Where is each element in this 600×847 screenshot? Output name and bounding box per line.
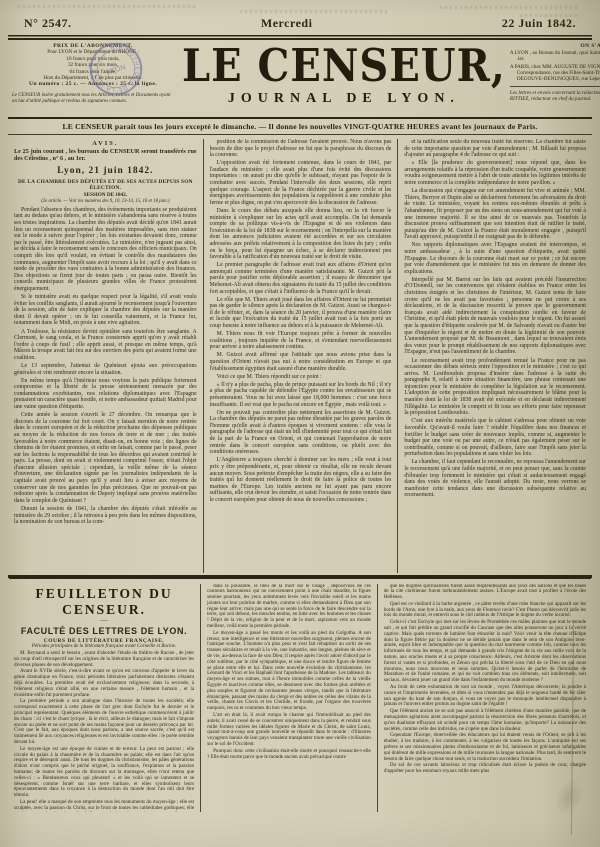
main-column-1: AVIS. Le 25 juin courant , les bureaux d… (8, 139, 203, 573)
correspondence-note: Les lettres et envois concernant la réda… (510, 86, 600, 102)
paragraph: et la ratification seule du nouveau trai… (404, 139, 586, 159)
paragraph: On ne pouvait pas contredire plus nettem… (210, 410, 392, 456)
avis-title: AVIS. (14, 140, 197, 147)
paragraph: La discussion qui s'engagea sur cet amen… (404, 188, 586, 241)
paragraph: Au bruit de cette exhumation de tout un … (384, 685, 586, 708)
feuilleton-header: FEUILLETON DU CENSEUR. (14, 586, 194, 618)
paragraph: dans la poussière, le bleu de la mort su… (207, 584, 371, 630)
newspaper-title: LE CENSEUR, (182, 43, 506, 90)
paragraph: Nos rapports diplomatiques avec l'Espagn… (404, 242, 586, 275)
feuilleton-divider: — (14, 618, 194, 623)
subscribe-item: A PARIS, chez MM. AUGUSTE DE VIGNY et Ci… (510, 64, 600, 83)
feuilleton-section: FEUILLETON DU CENSEUR. — FACULTÉ DES LET… (0, 579, 600, 812)
paragraph: Pendant l'absence des chambres, des évén… (14, 207, 197, 293)
feuilleton-title: FACULTÉ DES LETTRES DE LYON. (14, 626, 194, 636)
paragraph: Que l'élément ancien ne se soit pas asso… (384, 709, 586, 732)
paragraph: L'Angleterre a toujours cherché à domine… (210, 457, 392, 503)
paragraph: Quel est ce vieillard à la barbe argenté… (384, 602, 586, 619)
newspaper-subtitle: JOURNAL DE LYON. (182, 91, 506, 107)
feuilleton-column-1: FEUILLETON DU CENSEUR. — FACULTÉ DES LET… (8, 584, 200, 812)
bleed-through-print (18, 5, 198, 8)
paragraph: Durant la session de 1841, la chambre de… (14, 506, 197, 526)
article-body: et la ratification seule du nouveau trai… (404, 139, 586, 499)
paragraph: En même temps qu'à l'intérieur nous voyi… (14, 378, 197, 411)
paragraph: « Il n'y a plus de pacha, plus de prince… (210, 382, 392, 408)
paragraph: Le 13 septembre, l'attentat de Quénisset… (14, 363, 197, 376)
feuilleton-rule (8, 575, 592, 578)
title-block: LE CENSEUR, JOURNAL DE LYON. (182, 43, 506, 115)
paragraph: que les dogmes spiritualistes furent ass… (384, 584, 586, 601)
paragraph: A Toulouse, la résistance devint opiniât… (14, 329, 197, 362)
paragraph: Le premier paragraphe de l'adresse avait… (210, 262, 392, 295)
paragraph: Celui-ci c'est Eschyle qui met sur les l… (384, 620, 586, 684)
feuilleton-column-3: que les dogmes spiritualistes furent ass… (377, 584, 592, 812)
subscribe-title: ON S'ABONNE : (510, 43, 600, 49)
weekday: Mercredi (261, 16, 313, 31)
issue-number: N° 2547. (24, 16, 71, 31)
paragraph: Voici ce que M. Thiers répondit sur ce p… (210, 374, 392, 381)
dateline: Lyon, 21 juin 1842. (14, 166, 197, 176)
main-column-3: et la ratification seule du nouveau trai… (397, 139, 592, 573)
paragraph: Interpellé par M. Barrot sur les faits q… (404, 277, 586, 356)
price-box: PRIX DE L'ABONNEMENT. Pour LYON et le Dé… (8, 43, 178, 115)
paragraph: Cette année la session s'ouvrit le 27 dé… (14, 412, 197, 504)
paragraph: C'est aux intérêts matériels que le cabi… (404, 418, 586, 458)
feuilleton-body: M. Reynaud a senti le besoin , avant d'a… (14, 651, 194, 812)
price-single-line: Un numéro : 25 c. — Annonces : 25 c. la … (8, 81, 178, 87)
paragraph: L'opposition avait été fortement contenu… (210, 160, 392, 206)
issue-date: 22 Juin 1842. (502, 16, 576, 31)
paragraph: Le rôle que M. Thiers avait joué dans le… (210, 297, 392, 330)
article-body: position de la commission de l'adresse l… (210, 139, 392, 503)
paragraph: Le moyen-âge est une époque de crainte e… (14, 747, 194, 799)
paragraph: Le recensement avait trop profondément r… (404, 358, 586, 417)
paragraph: La chambre, il faut cependant le reconna… (404, 459, 586, 499)
bleed-through-print (440, 6, 580, 9)
paragraph: Pourquoi donc cette civilisation était-e… (207, 749, 371, 761)
paragraph: Cependant l'Europe, émerveillée des éduc… (384, 733, 586, 762)
paragraph: position de la commission de l'adresse l… (210, 139, 392, 159)
paragraph: La peur! elle a marqué de son empreinte … (14, 800, 194, 812)
paragraph: M. Guizot avait affirmé que l'attitude q… (210, 352, 392, 372)
article-body: Pendant l'absence des chambres, des évén… (14, 207, 197, 526)
paragraph: Avant le XVIIe siècle, c'est-à-dire avan… (14, 669, 194, 698)
paragraph: La première période a son analogue dans … (14, 699, 194, 745)
paragraph: « Elle [la prudence du gouvernement] nou… (404, 160, 586, 186)
feuilleton-body: dans la poussière, le bleu de la mort su… (207, 584, 371, 761)
feuilleton-column-2: dans la poussière, le bleu de la mort su… (200, 584, 377, 812)
avis-text: Le 25 juin courant , les bureaux du CENS… (14, 148, 197, 162)
paragraph: M. Reynaud a senti le besoin , avant d'a… (14, 651, 194, 668)
article-reference: (2e article. — Voir les numéros des 9, 1… (14, 199, 197, 204)
paragraph: Du sol de ces savants laborieux et trop … (384, 763, 586, 775)
feuilleton-subtitle: Périodes principales de la littérature f… (14, 644, 194, 649)
editorial-note: Le CENSEUR insère gratuitement tous les … (8, 93, 178, 105)
paragraph: L'art en était là; il avait rompu le cha… (207, 713, 371, 748)
paragraph: M. Thiers nous fit voir l'Europe toujour… (210, 331, 392, 351)
main-column-2: position de la commission de l'adresse l… (203, 139, 398, 573)
paragraph: Dans le cours des débats auxquels elle d… (210, 208, 392, 261)
subscribe-item: A LYON , au Bureau du Journal, quai Sain… (510, 50, 600, 62)
newspaper-page: N° 2547. Mercredi 22 Juin 1842. PRIX DE … (0, 0, 600, 847)
bleed-through-print (520, 14, 580, 17)
paragraph: Le moyen-âge a passé les monts et les vo… (207, 631, 371, 712)
article-title: DE LA CHAMBRE DES DÉPUTÉS ET DE SES ACTE… (14, 179, 197, 192)
bleed-through-print (240, 10, 390, 13)
feuilleton-body: que les dogmes spiritualistes furent ass… (384, 584, 586, 776)
publication-banner: LE CENSEUR paraît tous les jours excepté… (0, 119, 600, 134)
paragraph: Si le ministère avait eu quelque respect… (14, 294, 197, 327)
article-session: SESSION DE 1842. (14, 192, 197, 198)
subscribe-box: ON S'ABONNE : A LYON , au Bureau du Jour… (510, 43, 600, 115)
main-article-columns: AVIS. Le 25 juin courant , les bureaux d… (0, 135, 600, 573)
header-section: PRIX DE L'ABONNEMENT. Pour LYON et le Dé… (0, 40, 600, 115)
